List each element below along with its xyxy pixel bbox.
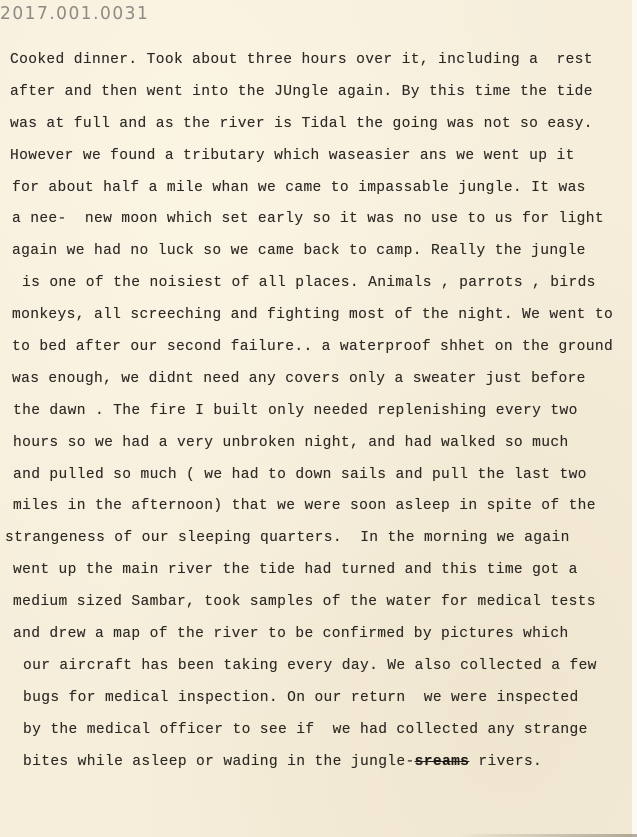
text-line-content: was at full and as the river is Tidal th…: [10, 113, 593, 135]
text-line-content: and drew a map of the river to be confir…: [13, 623, 569, 645]
text-line-content: a nee- new moon which set early so it wa…: [12, 208, 604, 230]
text-line-content: medium sized Sambar, took samples of the…: [13, 591, 596, 613]
text-line: went up the main river the tide had turn…: [0, 559, 637, 591]
text-line: and pulled so much ( we had to down sail…: [0, 464, 637, 496]
text-line: bites while asleep or wading in the jung…: [0, 751, 637, 783]
text-line-content: by the medical officer to see if we had …: [23, 719, 588, 741]
text-line: the dawn . The fire I built only needed …: [0, 400, 637, 432]
text-line: strangeness of our sleeping quarters. In…: [0, 527, 637, 559]
text-line-tail: rivers.: [469, 754, 542, 770]
text-line: medium sized Sambar, took samples of the…: [0, 591, 637, 623]
text-line-content: bugs for medical inspection. On our retu…: [23, 687, 579, 709]
text-line-content: again we had no luck so we came back to …: [12, 240, 586, 262]
text-line: to bed after our second failure.. a wate…: [0, 336, 637, 368]
catalog-number: 2017.001.0031: [0, 4, 149, 25]
text-line: miles in the afternoon) that we were soo…: [0, 495, 637, 527]
text-line: after and then went into the JUngle agai…: [0, 81, 637, 113]
text-line-content: our aircraft has been taking every day. …: [23, 655, 597, 677]
text-line-content: was enough, we didnt need any covers onl…: [12, 368, 586, 390]
text-line-content: Cooked dinner. Took about three hours ov…: [10, 49, 593, 71]
text-line-content: and pulled so much ( we had to down sail…: [13, 464, 587, 486]
text-line-content: hours so we had a very unbroken night, a…: [13, 432, 569, 454]
text-line: again we had no luck so we came back to …: [0, 240, 637, 272]
text-line-content: went up the main river the tide had turn…: [13, 559, 578, 581]
text-line-content: the dawn . The fire I built only needed …: [13, 400, 578, 422]
text-line: is one of the noisiest of all places. An…: [0, 272, 637, 304]
text-line-content: is one of the noisiest of all places. An…: [22, 272, 596, 294]
text-line-content: miles in the afternoon) that we were soo…: [13, 495, 596, 517]
typewritten-body: Cooked dinner. Took about three hours ov…: [0, 49, 637, 782]
struck-out-word: sreams: [415, 754, 470, 770]
text-line-content: strangeness of our sleeping quarters. In…: [5, 527, 570, 549]
text-line: However we found a tributary which wasea…: [0, 145, 637, 177]
text-line-content: bites while asleep or wading in the jung…: [23, 751, 542, 773]
text-line: our aircraft has been taking every day. …: [0, 655, 637, 687]
text-line: and drew a map of the river to be confir…: [0, 623, 637, 655]
text-line-content: to bed after our second failure.. a wate…: [12, 336, 613, 358]
text-line-content: monkeys, all screeching and fighting mos…: [12, 304, 613, 326]
text-line-content: for about half a mile whan we came to im…: [12, 177, 586, 199]
text-line-content: However we found a tributary which wasea…: [10, 145, 575, 167]
text-line: hours so we had a very unbroken night, a…: [0, 432, 637, 464]
text-line: a nee- new moon which set early so it wa…: [0, 208, 637, 240]
text-line: was at full and as the river is Tidal th…: [0, 113, 637, 145]
text-line: Cooked dinner. Took about three hours ov…: [0, 49, 637, 81]
text-line: by the medical officer to see if we had …: [0, 719, 637, 751]
text-line: bugs for medical inspection. On our retu…: [0, 687, 637, 719]
text-line: for about half a mile whan we came to im…: [0, 177, 637, 209]
text-line: was enough, we didnt need any covers onl…: [0, 368, 637, 400]
typewritten-page: 2017.001.0031 Cooked dinner. Took about …: [0, 0, 637, 837]
text-line: monkeys, all screeching and fighting mos…: [0, 304, 637, 336]
text-line-content: after and then went into the JUngle agai…: [10, 81, 593, 103]
